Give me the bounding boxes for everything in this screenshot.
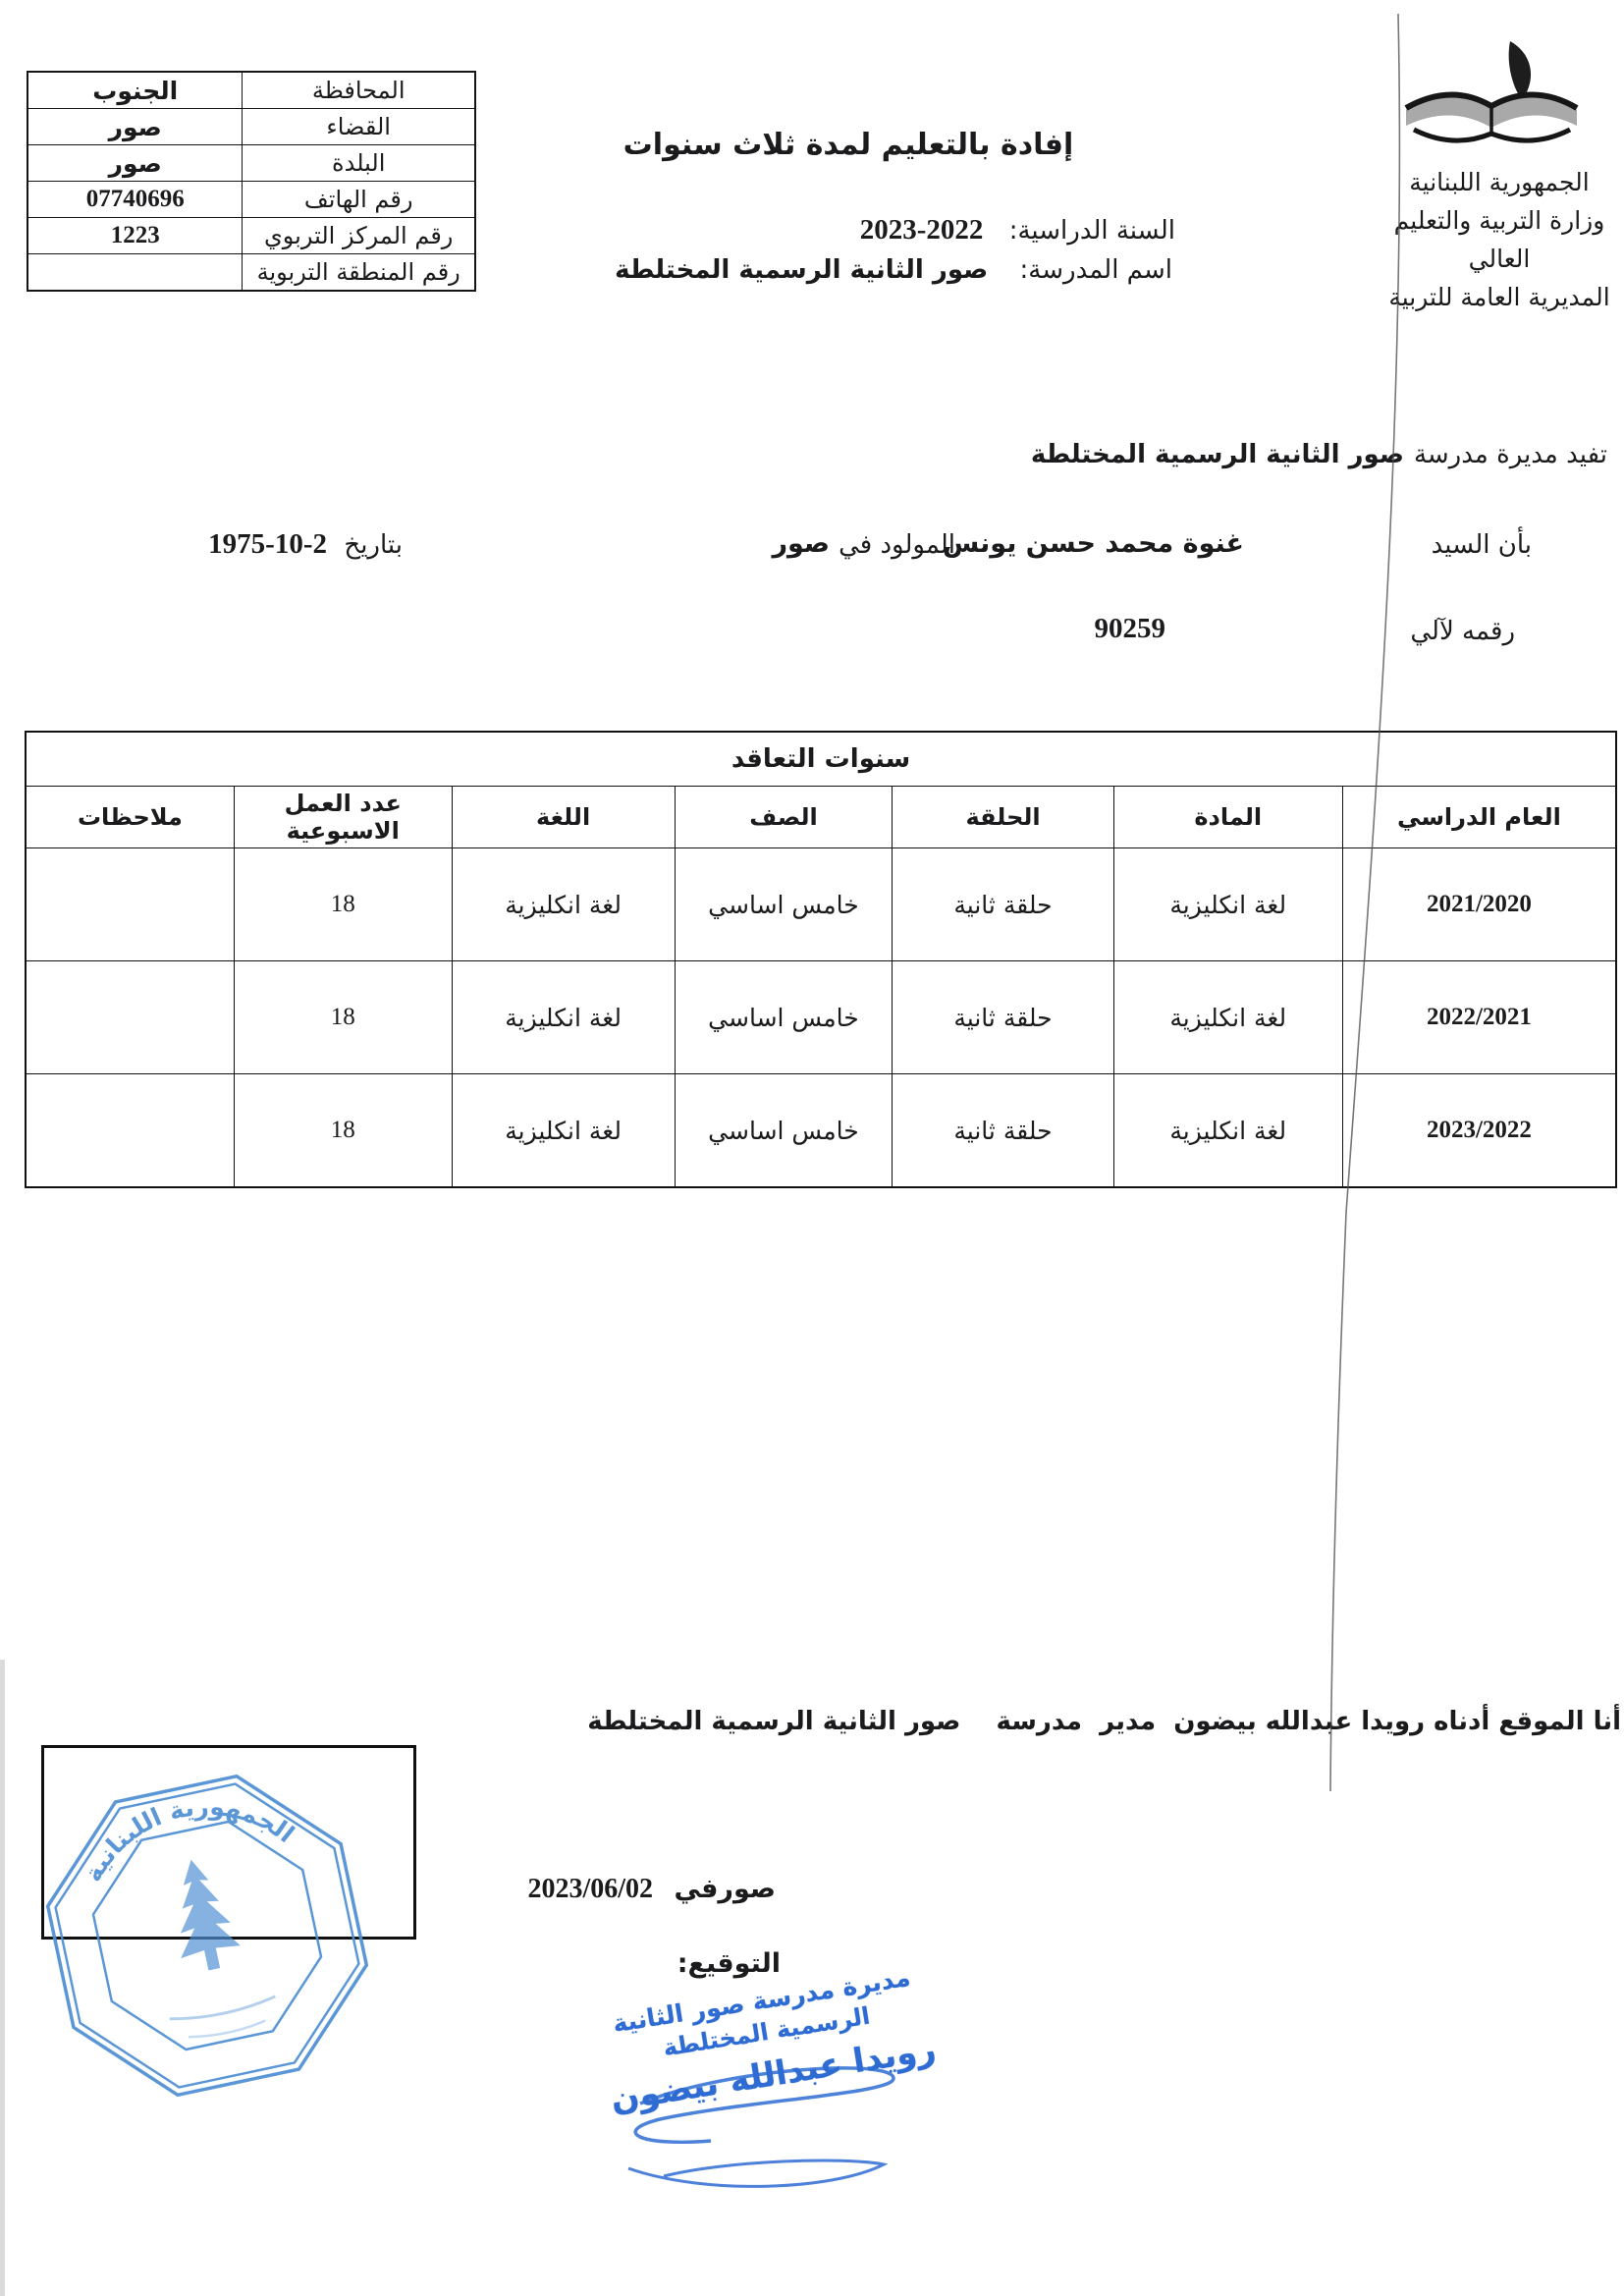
table-title-row: سنوات التعاقد: [26, 732, 1616, 787]
col-header-cycle: الحلقة: [893, 787, 1113, 848]
birth-date-value: 1975-10-2: [208, 528, 327, 561]
certify-intro-line: تفيد مديرة مدرسة صور الثانية الرسمية الم…: [1031, 440, 1607, 469]
ministry-line: وزارة التربية والتعليم العالي: [1377, 201, 1622, 278]
contract-table-title: سنوات التعاقد: [26, 732, 1616, 787]
col-header-year: العام الدراسي: [1342, 787, 1616, 848]
ministry-logo open-book-icon: [1400, 39, 1583, 161]
cedar-tree-icon: [161, 1853, 244, 1975]
table-row: رقم المنطقة التربوية: [27, 254, 475, 292]
born-place: صور: [772, 528, 830, 559]
school-name-line: اسم المدرسة: صور الثانية الرسمية المختلط…: [615, 255, 1172, 285]
table-row: البلدة صور: [27, 145, 475, 182]
cell-year: 2022/2021: [1342, 961, 1616, 1074]
cell-cycle: حلقة ثانية: [893, 1074, 1113, 1188]
col-header-language: اللغة: [452, 787, 675, 848]
subject-label: بأن السيد: [1432, 530, 1532, 560]
principal-name-stamp: مديرة مدرسة صور الثانية الرسمية المختلطة…: [575, 1957, 961, 2123]
signature-label: التوقيع:: [677, 1948, 781, 1979]
id-number: 90259: [1095, 613, 1166, 645]
directorate-line: المديرية العامة للتربية: [1377, 278, 1622, 316]
official-round-stamp: الجمهورية اللبنانية: [35, 1764, 379, 2107]
scanned-certificate-page: { "colors": { "ink": "#1b1b1d", "stamp_b…: [0, 0, 1624, 2296]
cell-language: لغة انكليزية: [452, 961, 675, 1074]
birth-date-label: بتاريخ: [344, 530, 403, 560]
date-value: 2023/06/02: [527, 1874, 653, 1904]
cell-subject: لغة انكليزية: [1113, 848, 1342, 961]
col-header-weekly-hours: عدد العمل الاسبوعية: [234, 787, 452, 848]
cell-notes: [26, 961, 234, 1074]
info-label: رقم المنطقة التربوية: [243, 254, 475, 292]
ministry-header: الجمهورية اللبنانية وزارة التربية والتعل…: [1377, 163, 1622, 316]
table-row: القضاء صور: [27, 109, 475, 145]
cell-subject: لغة انكليزية: [1113, 961, 1342, 1074]
subject-name: غنوة محمد حسن يونس: [943, 528, 1244, 559]
school-name-label: اسم المدرسة:: [1020, 255, 1172, 285]
place-date-line: صورفي 2023/06/02: [527, 1874, 776, 1905]
info-label: رقم الهاتف: [243, 182, 475, 218]
school-year-label: السنة الدراسية:: [1009, 216, 1175, 246]
col-header-notes: ملاحظات: [26, 787, 234, 848]
cell-grade: خامس اساسي: [675, 1074, 893, 1188]
page-title: إفادة بالتعليم لمدة ثلاث سنوات: [603, 128, 1094, 162]
flame-icon: [1509, 41, 1531, 100]
cell-weekly-hours: 18: [234, 848, 452, 961]
table-row: المحافظة الجنوب: [27, 72, 475, 109]
cell-weekly-hours: 18: [234, 961, 452, 1074]
cell-year: 2023/2022: [1342, 1074, 1616, 1188]
col-header-grade: الصف: [675, 787, 893, 848]
cell-notes: [26, 848, 234, 961]
born-label: المولود في: [839, 530, 955, 560]
info-label: المحافظة: [243, 72, 475, 109]
declaration-line: أنا الموقع أدناه رويدا عبدالله بيضون مدي…: [587, 1707, 1621, 1736]
cell-year: 2021/2020: [1342, 848, 1616, 961]
table-header-row: العام الدراسي المادة الحلقة الصف اللغة ع…: [26, 787, 1616, 848]
certify-intro-school: صور الثانية الرسمية المختلطة: [1031, 440, 1404, 469]
contract-years-table: سنوات التعاقد العام الدراسي المادة الحلق…: [25, 731, 1617, 1188]
info-label: رقم المركز التربوي: [243, 218, 475, 254]
school-year-line: السنة الدراسية: 2023-2022: [860, 214, 1175, 246]
cell-cycle: حلقة ثانية: [893, 848, 1113, 961]
info-label: البلدة: [243, 145, 475, 182]
cell-grade: خامس اساسي: [675, 848, 893, 961]
table-row: 2023/2022 لغة انكليزية حلقة ثانية خامس ا…: [26, 1074, 1616, 1188]
id-label: رقمه لآلي: [1410, 617, 1515, 646]
certify-intro-label: تفيد مديرة مدرسة: [1414, 440, 1607, 469]
republic-line: الجمهورية اللبنانية: [1377, 163, 1622, 201]
info-value: 1223: [27, 218, 243, 254]
place-label: صورفي: [674, 1874, 776, 1904]
info-value: صور: [27, 109, 243, 145]
scan-edge-artifact: [0, 1660, 5, 2296]
cell-language: لغة انكليزية: [452, 1074, 675, 1188]
info-value: الجنوب: [27, 72, 243, 109]
cell-notes: [26, 1074, 234, 1188]
info-value: [27, 254, 243, 292]
col-header-subject: المادة: [1113, 787, 1342, 848]
table-row: 2021/2020 لغة انكليزية حلقة ثانية خامس ا…: [26, 848, 1616, 961]
school-year-value: 2023-2022: [860, 214, 984, 246]
school-name-value: صور الثانية الرسمية المختلطة: [615, 255, 988, 285]
cell-grade: خامس اساسي: [675, 961, 893, 1074]
cell-cycle: حلقة ثانية: [893, 961, 1113, 1074]
cell-language: لغة انكليزية: [452, 848, 675, 961]
table-row: 2022/2021 لغة انكليزية حلقة ثانية خامس ا…: [26, 961, 1616, 1074]
info-value: 07740696: [27, 182, 243, 218]
location-info-table: المحافظة الجنوب القضاء صور البلدة صور رق…: [27, 71, 476, 292]
table-row: رقم المركز التربوي 1223: [27, 218, 475, 254]
cell-weekly-hours: 18: [234, 1074, 452, 1188]
cell-subject: لغة انكليزية: [1113, 1074, 1342, 1188]
info-value: صور: [27, 145, 243, 182]
info-label: القضاء: [243, 109, 475, 145]
table-row: رقم الهاتف 07740696: [27, 182, 475, 218]
